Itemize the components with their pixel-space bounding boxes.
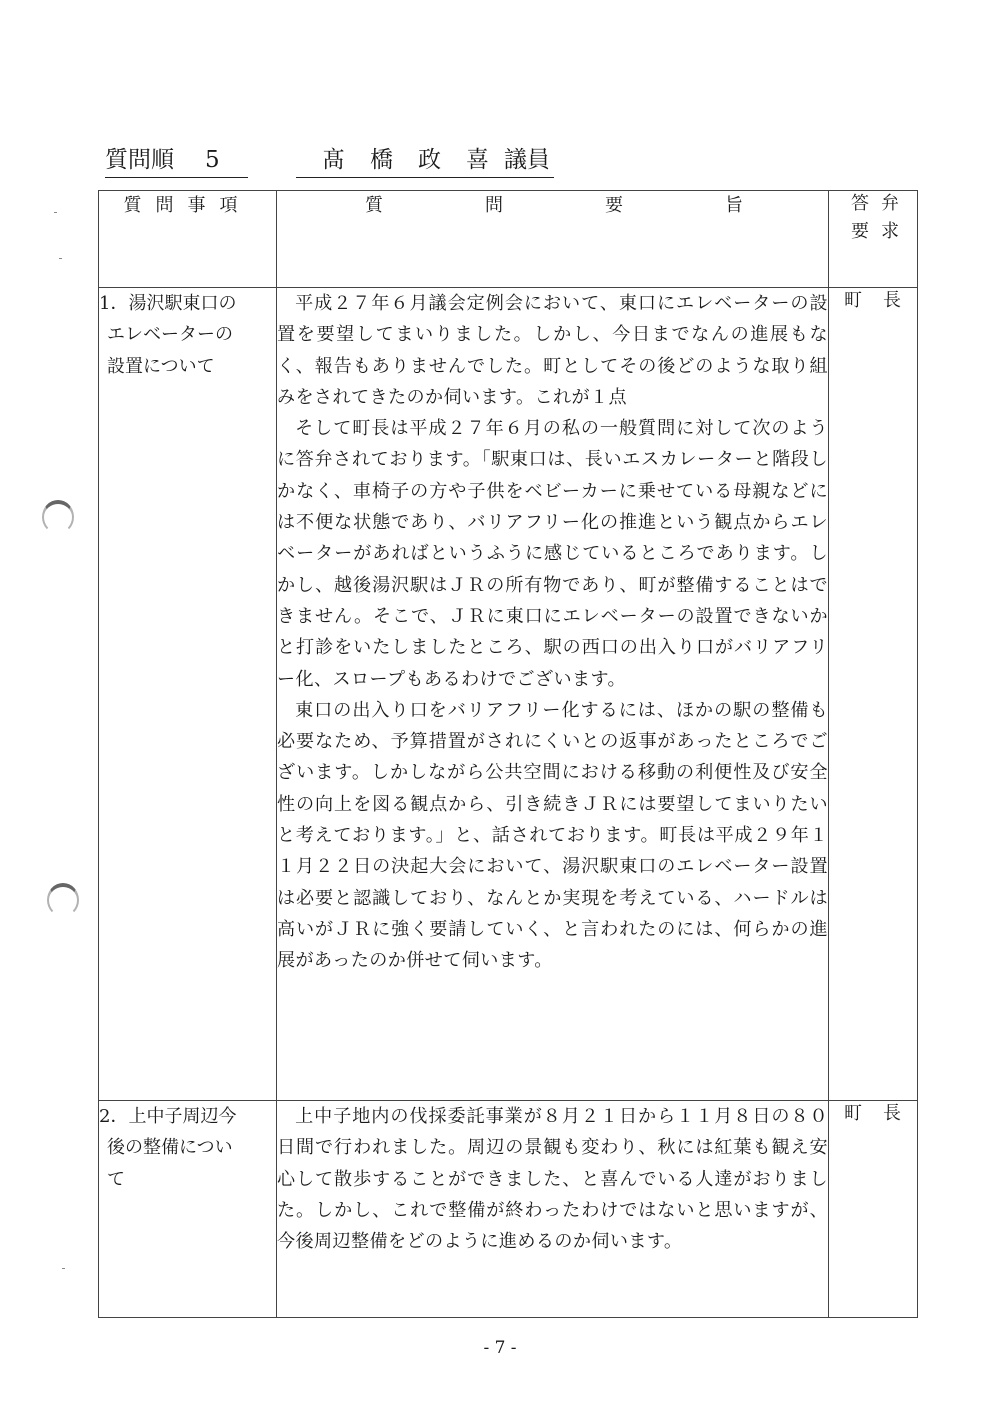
member-title: 議員 bbox=[504, 143, 550, 177]
answer-char: 町 bbox=[844, 1101, 862, 1127]
scan-speck bbox=[54, 212, 57, 213]
answer-char: 町 bbox=[844, 288, 862, 314]
summary-paragraph: 上中子地内の伐採委託事業が８月２１日から１１月８日の８０日間で行われました。周辺… bbox=[277, 1101, 828, 1257]
table-header-row: 質問事項 質 問 要 旨 答 弁 要 求 bbox=[99, 191, 918, 288]
topic-line: 2．上中子周辺今 bbox=[99, 1101, 276, 1132]
summary-paragraph: そして町長は平成２７年６月の私の一般質問に対して次のように答弁されております。「… bbox=[277, 413, 828, 695]
topic-line: 後の整備につい bbox=[99, 1132, 276, 1163]
table-row: 2．上中子周辺今 後の整備につい て 上中子地内の伐採委託事業が８月２１日から１… bbox=[99, 1101, 918, 1318]
topic-line: 設置について bbox=[99, 351, 276, 382]
summary-paragraph: 平成２７年６月議会定例会において、東口にエレベーターの設置を要望してまいりました… bbox=[277, 288, 828, 413]
summary-header-char: 問 bbox=[485, 191, 503, 217]
answer-requested-from: 町 長 bbox=[829, 288, 918, 1101]
answer-header-char: 要 bbox=[845, 219, 875, 245]
column-header-summary: 質 問 要 旨 bbox=[277, 191, 829, 288]
question-summary: 上中子地内の伐採委託事業が８月２１日から１１月８日の８０日間で行われました。周辺… bbox=[277, 1101, 829, 1318]
member-name-heading: 髙 橋 政 喜 議員 bbox=[296, 143, 554, 178]
topic-line: エレベーターの bbox=[99, 319, 276, 350]
member-name-char: 髙 bbox=[322, 143, 345, 177]
summary-header-char: 旨 bbox=[725, 191, 743, 217]
topic-line: 1．湯沢駅東口の bbox=[99, 288, 276, 319]
punch-hole-mark bbox=[42, 500, 74, 534]
question-table: 質問事項 質 問 要 旨 答 弁 要 求 1．湯沢駅東口の エレベーターの 設置… bbox=[98, 190, 918, 1318]
member-name-char: 橋 bbox=[370, 143, 393, 177]
answer-requested-from: 町 長 bbox=[829, 1101, 918, 1318]
answer-header-char: 求 bbox=[875, 219, 905, 245]
summary-header-char: 質 bbox=[365, 191, 383, 217]
answer-char: 長 bbox=[883, 288, 901, 314]
summary-header-char: 要 bbox=[605, 191, 623, 217]
punch-hole-mark bbox=[47, 883, 79, 917]
member-name-char: 喜 bbox=[466, 143, 489, 177]
table-row: 1．湯沢駅東口の エレベーターの 設置について 平成２７年６月議会定例会において… bbox=[99, 288, 918, 1101]
question-topic: 1．湯沢駅東口の エレベーターの 設置について bbox=[99, 288, 277, 1101]
scan-speck bbox=[62, 1268, 65, 1269]
question-order-heading: 質問順 5 bbox=[105, 143, 248, 178]
question-order-number: 5 bbox=[205, 143, 220, 177]
column-header-topic: 質問事項 bbox=[99, 191, 277, 288]
question-topic: 2．上中子周辺今 後の整備につい て bbox=[99, 1101, 277, 1318]
question-summary: 平成２７年６月議会定例会において、東口にエレベーターの設置を要望してまいりました… bbox=[277, 288, 829, 1101]
member-name-char: 政 bbox=[418, 143, 441, 177]
page-number: - 7 - bbox=[0, 1338, 1000, 1358]
answer-header-char: 弁 bbox=[875, 191, 905, 217]
answer-header-char: 答 bbox=[845, 191, 875, 217]
answer-char: 長 bbox=[883, 1101, 901, 1127]
summary-paragraph: 東口の出入り口をバリアフリー化するには、ほかの駅の整備も必要なため、予算措置がさ… bbox=[277, 695, 828, 977]
scan-speck bbox=[59, 258, 62, 259]
topic-line: て bbox=[99, 1164, 276, 1195]
question-order-label: 質問順 bbox=[105, 147, 174, 173]
column-header-answer-request: 答 弁 要 求 bbox=[829, 191, 918, 288]
